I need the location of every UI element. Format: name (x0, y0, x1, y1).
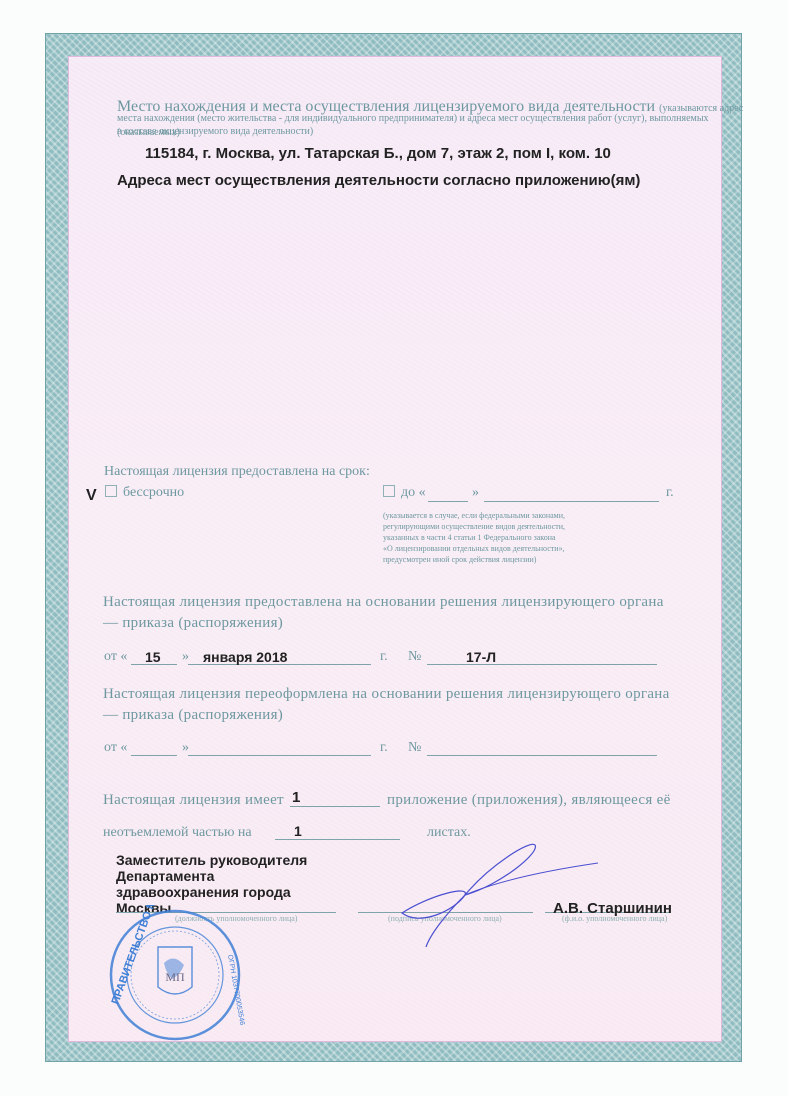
issued-year-suffix: г. (380, 649, 388, 665)
appendix-address-note: Адреса мест осуществления деятельности с… (117, 172, 640, 189)
term-note-line: предусмотрен иной срок действия лицензии… (383, 554, 583, 565)
until-label: до « (401, 485, 426, 500)
header-note-line3: в составе лицензируемого вида деятельнос… (117, 125, 313, 139)
issued-from-label: от « (104, 649, 127, 665)
appendix-sheets: 1 (294, 823, 302, 839)
term-note-line: указанных в части 4 статьи 1 Федеральног… (383, 532, 583, 543)
position-line: Департамента (116, 868, 307, 884)
signature-scribble (400, 835, 600, 950)
until-day-line (428, 501, 468, 502)
option-indefinite[interactable]: бессрочно (105, 485, 184, 501)
issued-line1: Настоящая лицензия предоставлена на осно… (103, 594, 664, 611)
main-address: 115184, г. Москва, ул. Татарская Б., дом… (145, 145, 611, 162)
reissued-year-suffix: г. (380, 740, 388, 756)
stamp-ogrn: ОГРН 1037700053546 (226, 954, 245, 1026)
reissued-from-label: от « (104, 740, 127, 756)
reissued-number-line (427, 755, 657, 756)
issued-month-year: января 2018 (203, 649, 287, 665)
term-label: Настоящая лицензия предоставлена на срок… (104, 464, 370, 480)
issued-day: 15 (145, 649, 161, 665)
term-note-line: (указывается в случае, если федеральными… (383, 510, 583, 521)
appendix-count: 1 (292, 789, 300, 806)
reissued-number-label: № (408, 740, 421, 756)
issued-line2: — приказа (распоряжения) (103, 615, 283, 632)
term-note-line: «О лицензировании отдельных видов деятел… (383, 543, 583, 554)
option-until[interactable]: до « (383, 485, 426, 501)
appendix-part-label: неотъемлемой частью на (103, 825, 252, 841)
term-note: (указывается в случае, если федеральными… (383, 510, 583, 565)
reissued-day-line (131, 755, 177, 756)
until-quote-close: » (472, 485, 479, 501)
appendix-has-label: Настоящая лицензия имеет (103, 792, 284, 809)
until-year-suffix: г. (666, 485, 674, 501)
reissued-line1: Настоящая лицензия переоформлена на осно… (103, 686, 670, 703)
indefinite-label: бессрочно (123, 485, 184, 500)
issued-number-line (427, 664, 657, 665)
appendix-count-line (290, 806, 380, 807)
appendix-after-label: приложение (приложения), являющееся её (387, 792, 671, 809)
position-line: здравоохранения города (116, 884, 307, 900)
reissued-line2: — приказа (распоряжения) (103, 707, 283, 724)
reissued-date-line (188, 755, 371, 756)
stamp-center-text: МП (165, 970, 185, 984)
until-date-line (484, 501, 659, 502)
checkbox-icon[interactable] (105, 485, 117, 497)
appendix-sheets-line (275, 839, 400, 840)
reissued-quote-close: » (182, 740, 189, 756)
issued-quote-close: » (182, 649, 189, 665)
term-note-line: регулирующими осуществление видов деятел… (383, 521, 583, 532)
position-line: Заместитель руководителя (116, 852, 307, 868)
issued-number: 17-Л (466, 649, 496, 665)
official-stamp: МП ОГРН 1037700053546 ПРАВИТЕЛЬСТВО МОСК… (100, 905, 250, 1045)
checkbox-icon[interactable] (383, 485, 395, 497)
issued-number-label: № (408, 649, 421, 665)
check-mark: V (86, 487, 97, 505)
